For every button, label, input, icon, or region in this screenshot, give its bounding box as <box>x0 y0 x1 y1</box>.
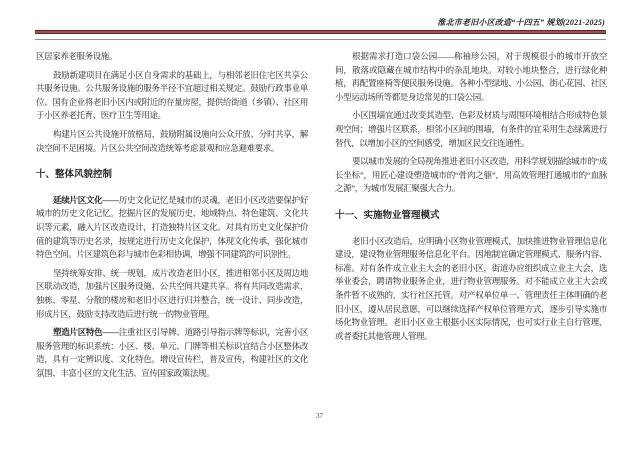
paragraph: 小区围墙宜通过改变其造型、色彩及材质与周围环境相结合形成特色景观空间；增强片区联… <box>335 109 607 150</box>
paragraph-continuation: 区居家养老服务设施。 <box>36 50 308 64</box>
header-title: 淮北市老旧小区改造“十四五” 规划(2021-2025) <box>437 17 605 28</box>
paragraph: 延续片区文化——历史文化记忆是城市的灵魂，老旧小区改造要保护好城市的历史文化记忆… <box>36 194 308 262</box>
paragraph-text: 小区围墙宜通过改变其造型、色彩及材质与周围环境相结合形成特色景观空间；增强片区联… <box>335 110 607 147</box>
paragraph-text: 根据需求打造口袋公园——称袖珍公园，对于规模很小的城市开放空间，散落或隐藏在城市… <box>335 51 607 102</box>
paragraph: 塑造片区特色——注重社区引导牌、道路引导指示牌等标识，完善小区服务管理的标识系统… <box>36 326 308 380</box>
paragraph-text: 构建片区公共设施开放格局，鼓励附属设施向公众开放、分时共享，解决空间不足困境。片… <box>36 129 308 153</box>
paragraph-text: 坚持统筹安排、统一规划，成片改造老旧小区，推进相邻小区及周边地区联动改造，加强片… <box>36 268 308 319</box>
paragraph: 根据需求打造口袋公园——称袖珍公园，对于规模很小的城市开放空间，散落或隐藏在城市… <box>335 50 607 104</box>
section-heading-10: 十、整体风貌控制 <box>36 168 308 182</box>
paragraph-text: 要以城市发展的全局视角推进老旧小区改造，用科学规划描绘城市的“成长坐标”，用匠心… <box>335 156 607 193</box>
page-number: 37 <box>0 412 639 420</box>
paragraph: 老旧小区改造后，应明确小区物业管理模式，加快推进物业管理信息化建设，建设物业管理… <box>335 235 607 344</box>
left-column: 区居家养老服务设施。 鼓励新建项目在满足小区自身需求的基础上，与相邻老旧住宅区共… <box>36 50 308 385</box>
header-rule-maroon <box>35 30 606 34</box>
paragraph-text: 鼓励新建项目在满足小区自身需求的基础上，与相邻老旧住宅区共享公共服务设施。公共服… <box>36 70 308 121</box>
paragraph-lead: 延续片区文化—— <box>53 195 119 205</box>
section-heading-11: 十一、实施物业管理模式 <box>335 209 607 223</box>
paragraph: 坚持统筹安排、统一规划，成片改造老旧小区，推进相邻小区及周边地区联动改造，加强片… <box>36 267 308 321</box>
paragraph: 鼓励新建项目在满足小区自身需求的基础上，与相邻老旧住宅区共享公共服务设施。公共服… <box>36 69 308 123</box>
paragraph-text: 区居家养老服务设施。 <box>36 51 117 61</box>
right-column: 根据需求打造口袋公园——称袖珍公园，对于规模很小的城市开放空间，散落或隐藏在城市… <box>335 50 607 385</box>
paragraph: 构建片区公共设施开放格局，鼓励附属设施向公众开放、分时共享，解决空间不足困境。片… <box>36 128 308 155</box>
paragraph-lead: 塑造片区特色—— <box>53 327 119 337</box>
page-content: 区居家养老服务设施。 鼓励新建项目在满足小区自身需求的基础上，与相邻老旧住宅区共… <box>36 50 607 385</box>
paragraph-text: 老旧小区改造后，应明确小区物业管理模式，加快推进物业管理信息化建设，建设物业管理… <box>335 236 607 341</box>
paragraph: 要以城市发展的全局视角推进老旧小区改造，用科学规划描绘城市的“成长坐标”，用匠心… <box>335 155 607 196</box>
document-page: 淮北市老旧小区改造“十四五” 规划(2021-2025) 区居家养老服务设施。 … <box>0 0 639 452</box>
header-rule-gray <box>35 39 606 40</box>
